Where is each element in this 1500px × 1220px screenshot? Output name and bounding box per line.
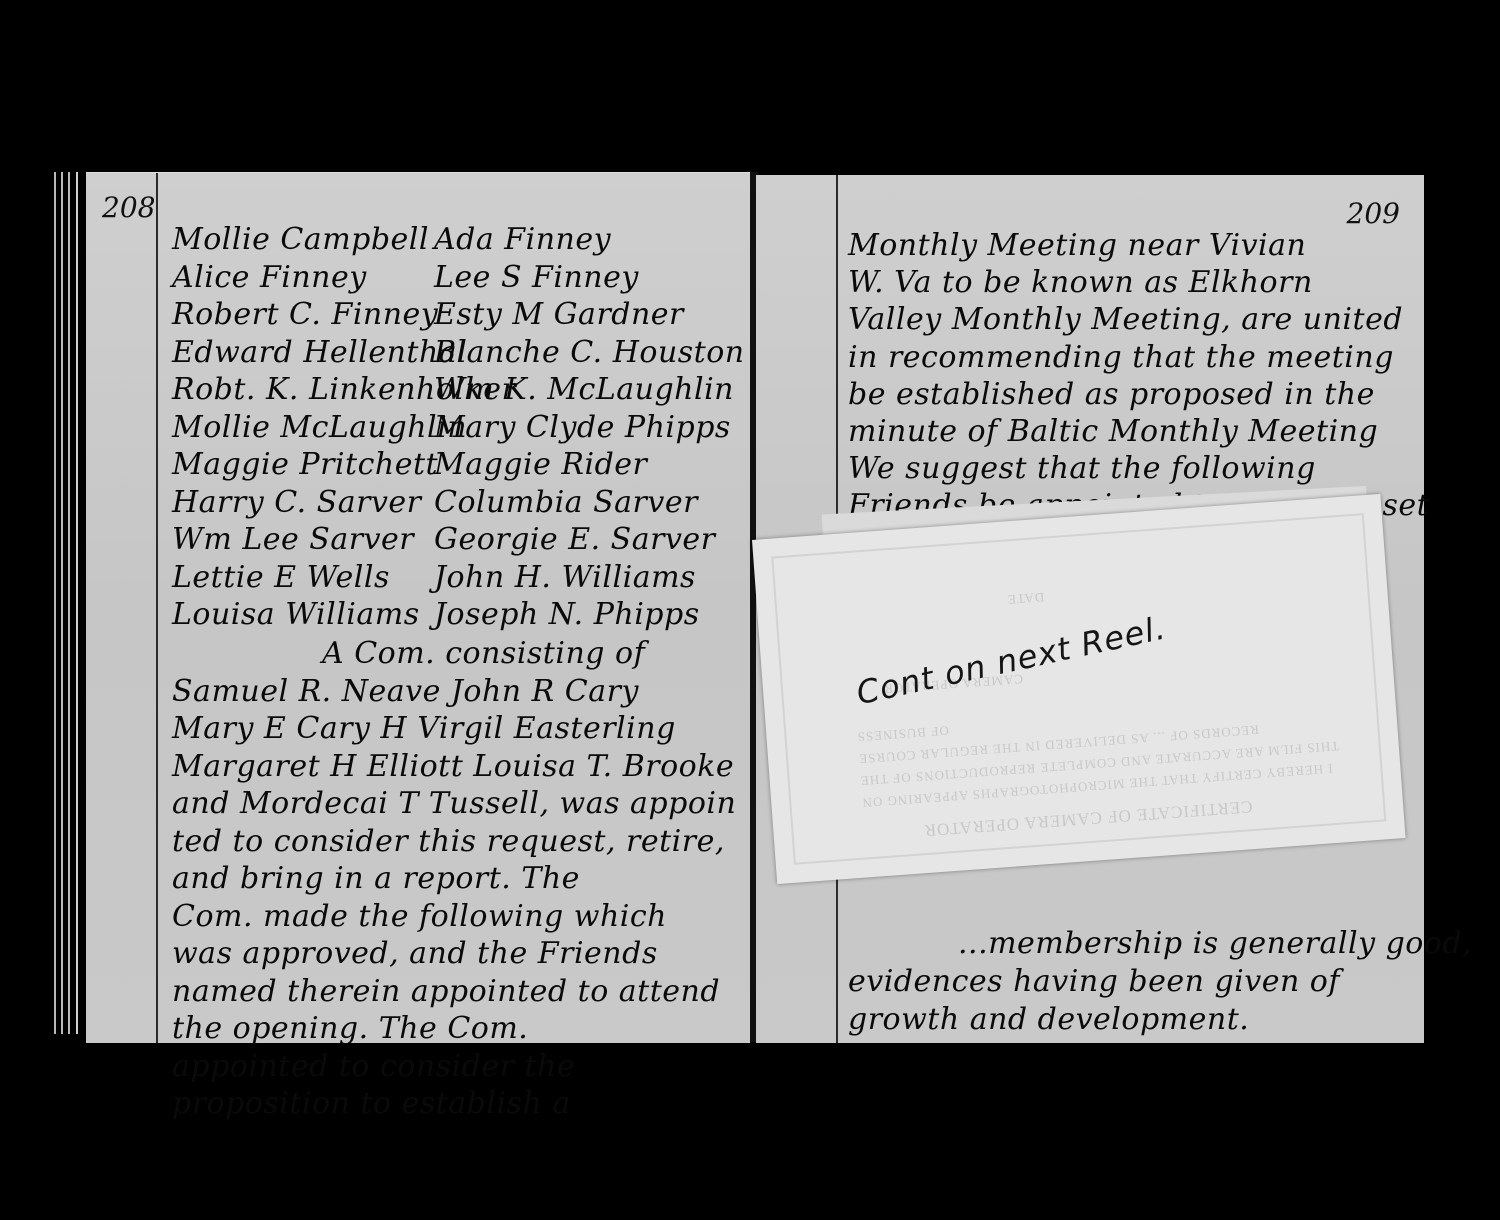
page-number: 208 [102,191,155,224]
name-row: Lettie E WellsJohn H. Williams [172,559,734,597]
margin-rule [156,173,158,1043]
name-row: Harry C. SarverColumbia Sarver [172,484,734,522]
inserted-certificate-slip: CERTIFICATE OF CAMERA OPERATOR I HEREBY … [752,494,1406,884]
text-line: W. Va to be known as Elkhorn [848,264,1408,301]
name: Lee S Finney [434,259,734,297]
name: Edward Hellenthal [172,334,434,372]
name: Robt. K. Linkenholker [172,371,434,409]
name: Wm Lee Sarver [172,521,434,559]
name: Wm K. McLaughlin [434,371,734,409]
text-line: A Com. consisting of [172,635,742,673]
name: Esty M Gardner [434,296,734,334]
name-row: Wm Lee SarverGeorgie E. Sarver [172,521,734,559]
name: Louisa Williams [172,596,434,634]
name-row: Louisa WilliamsJoseph N. Phipps [172,596,734,634]
name: Mollie McLaughlin [172,409,434,447]
name: Robert C. Finney [172,296,434,334]
text-line: proposition to establish a [172,1085,742,1123]
name: Maggie Pritchett [172,446,434,484]
name: Mollie Campbell [172,221,434,259]
ghost-print: DATE [1006,589,1044,608]
left-page: 208 Mollie CampbellAda Finney Alice Finn… [86,172,750,1043]
name: Blanche C. Houston [434,334,734,372]
text-line: minute of Baltic Monthly Meeting [848,413,1408,450]
name: Harry C. Sarver [172,484,434,522]
text-line: and bring in a report. The [172,860,742,898]
name: John H. Williams [434,559,734,597]
text-line: Com. made the following which [172,898,742,936]
text-line: in recommending that the meeting [848,339,1408,376]
name: Maggie Rider [434,446,734,484]
book-binding-edges [52,172,82,1034]
text-line: We suggest that the following [848,450,1408,487]
name-row: Edward HellenthalBlanche C. Houston [172,334,734,372]
text-line: Monthly Meeting near Vivian [848,227,1408,264]
text-line: the opening. The Com. [172,1010,742,1048]
name-row: Mollie CampbellAda Finney [172,221,734,259]
text-line: Margaret H Elliott Louisa T. Brooke [172,748,742,786]
text-line: evidences having been given of [848,963,1408,1001]
member-names-list: Mollie CampbellAda Finney Alice FinneyLe… [172,221,734,634]
committee-minute-text: A Com. consisting of Samuel R. Neave Joh… [172,635,742,1123]
name: Lettie E Wells [172,559,434,597]
name-row: Mollie McLaughlinMary Clyde Phipps [172,409,734,447]
name: Columbia Sarver [434,484,734,522]
text-line: named therein appointed to attend [172,973,742,1011]
name: Joseph N. Phipps [434,596,734,634]
text-line: growth and development. [848,1001,1408,1039]
name-row: Maggie PritchettMaggie Rider [172,446,734,484]
name: Ada Finney [434,221,734,259]
text-line: be established as proposed in the [848,376,1408,413]
page-number: 209 [1347,197,1400,230]
name-row: Alice FinneyLee S Finney [172,259,734,297]
text-line: Mary E Cary H Virgil Easterling [172,710,742,748]
text-line: Samuel R. Neave John R Cary [172,673,742,711]
text-line: was approved, and the Friends [172,935,742,973]
name: Alice Finney [172,259,434,297]
text-line: ...membership is generally good, [848,925,1408,963]
name-row: Robt. K. LinkenholkerWm K. McLaughlin [172,371,734,409]
text-line: and Mordecai T Tussell, was appoin [172,785,742,823]
report-text-continued: ...membership is generally good, evidenc… [848,925,1408,1039]
text-line: ted to consider this request, retire, [172,823,742,861]
name: Georgie E. Sarver [434,521,734,559]
text-line: Valley Monthly Meeting, are united [848,301,1408,338]
name-row: Robert C. FinneyEsty M Gardner [172,296,734,334]
text-line: appointed to consider the [172,1048,742,1086]
name: Mary Clyde Phipps [434,409,734,447]
